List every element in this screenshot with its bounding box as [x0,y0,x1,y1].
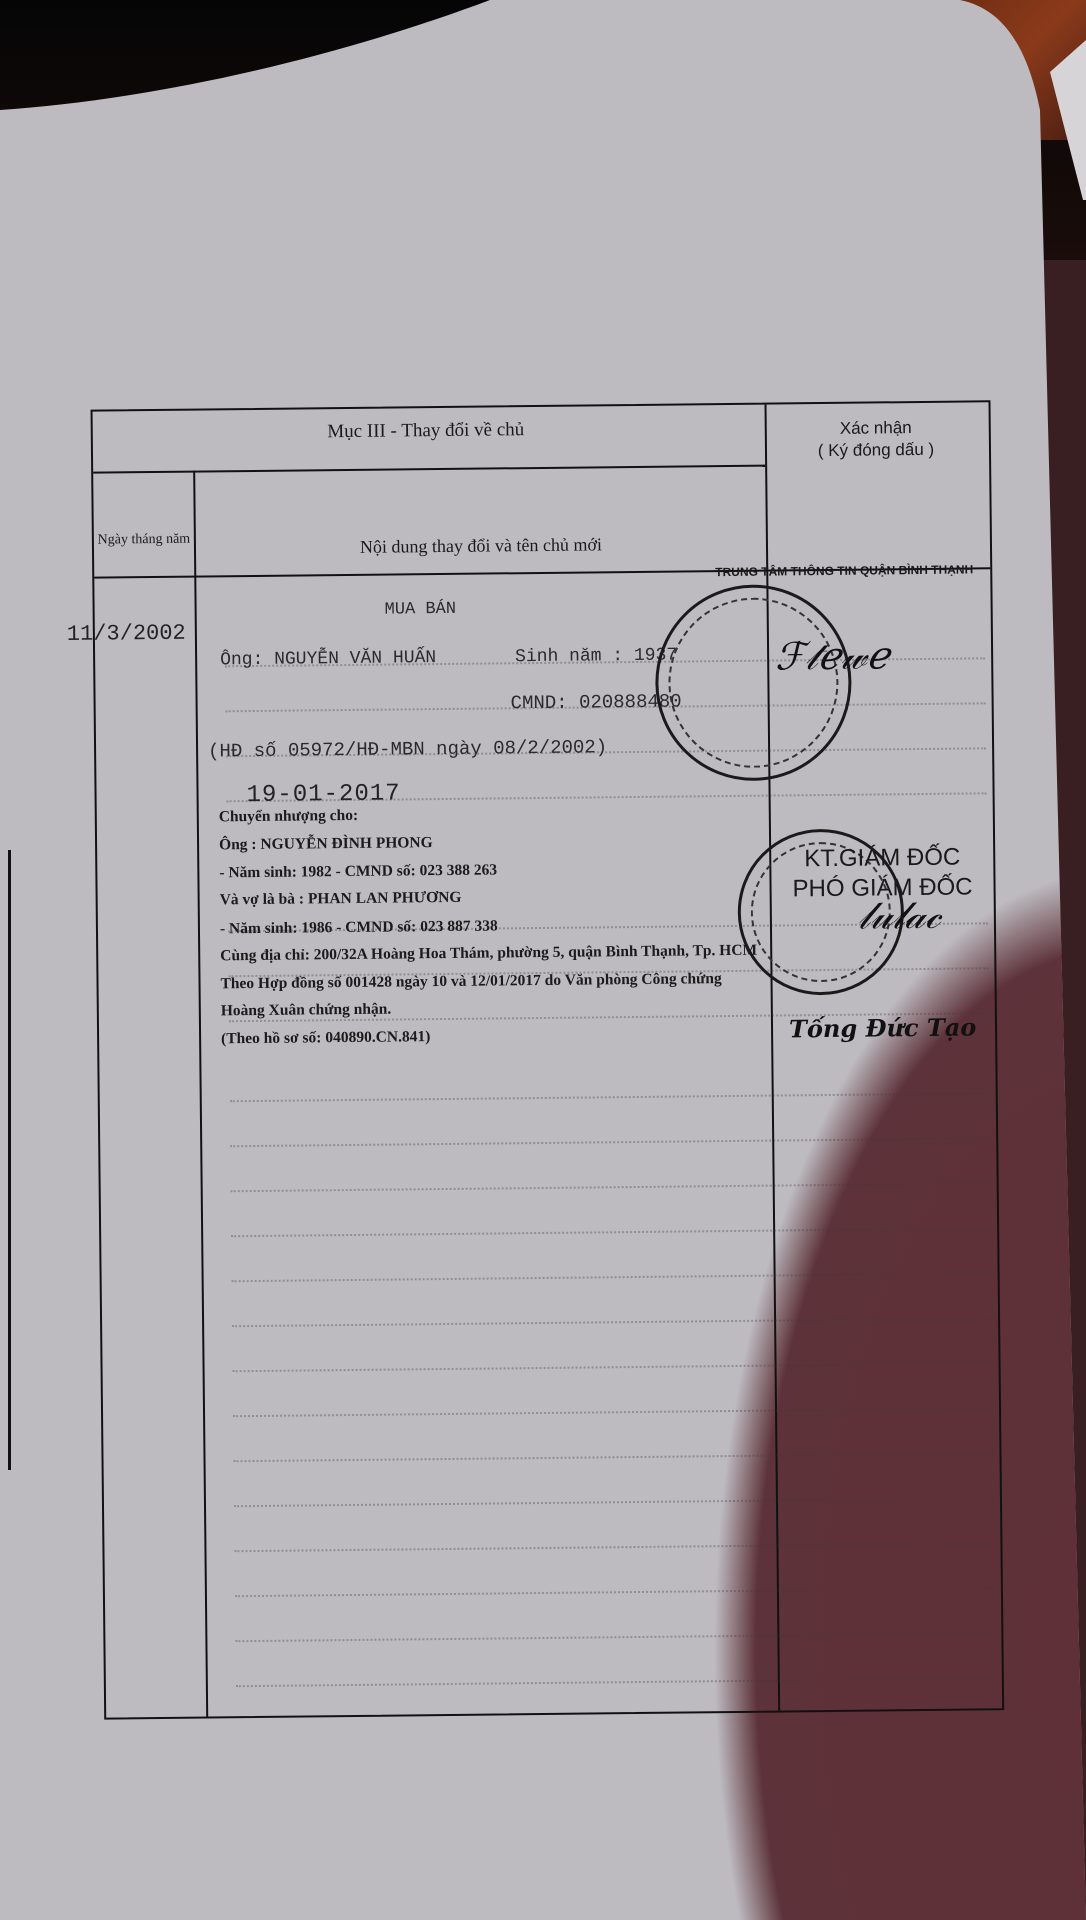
entry2-line: - Năm sinh: 1986 - CMND số: 023 887 338 [220,917,498,938]
entry1-contract: (HĐ số 05972/HĐ-MBN ngày 08/2/2002) [208,736,607,762]
left-margin-line [8,850,11,1470]
entry1-signature: ℱ𝓉ℯ𝓌ℯ [775,633,890,679]
entry1-birth-year: Sinh năm : 1937 [515,646,677,668]
date-column-line [193,471,208,1719]
entry1-seal [654,584,852,782]
entry1-type: MUA BÁN [385,600,457,620]
change-table: Mục III - Thay đổi về chủ Xác nhận ( Ký … [91,400,1005,1719]
signature-title-line1: KT.GIÁM ĐỐC [767,842,997,874]
signer-name: Tống Đức Tạo [789,1012,977,1043]
entry2-line: - Năm sinh: 1982 - CMND số: 023 388 263 [219,861,497,882]
date-header: Ngày tháng năm [94,531,194,549]
ownership-change-form: Mục III - Thay đổi về chủ Xác nhận ( Ký … [60,350,1005,1750]
entry2-signature: 𝓁𝓊𝓁𝒶𝒸 [858,893,941,939]
entry2-line: Theo Hợp đồng số 001428 ngày 10 và 12/01… [220,970,721,993]
entry2-line: Cùng địa chỉ: 200/32A Hoàng Hoa Thám, ph… [220,942,757,966]
entry2-line: Và vợ là bà : PHAN LAN PHƯƠNG [220,889,462,910]
entry1-seal-text: TRUNG TÂM THÔNG TIN QUẬN BÌNH THẠNH [694,562,994,579]
entry1-owner: Ông: NGUYỄN VĂN HUẤN [220,648,436,670]
entry2-line: (Theo hồ sơ số: 040890.CN.841) [221,1028,430,1048]
entry2-line: Hoàng Xuân chứng nhận. [221,1001,392,1021]
entry2-stamp-date: 19-01-2017 [246,780,400,809]
entry2-line: Ông : NGUYỄN ĐÌNH PHONG [219,834,433,854]
entry2-line: Chuyển nhượng cho: [219,807,359,826]
confirm-header: Xác nhận ( Ký đóng dấu ) [763,416,989,462]
confirm-header-line2: ( Ký đóng dấu ) [763,438,989,462]
section-title: Mục III - Thay đổi về chủ [93,417,759,446]
content-header: Nội dung thay đổi và tên chủ mới [196,533,766,560]
confirm-header-line1: Xác nhận [763,416,989,440]
entry1-date: 11/3/2002 [67,621,186,647]
